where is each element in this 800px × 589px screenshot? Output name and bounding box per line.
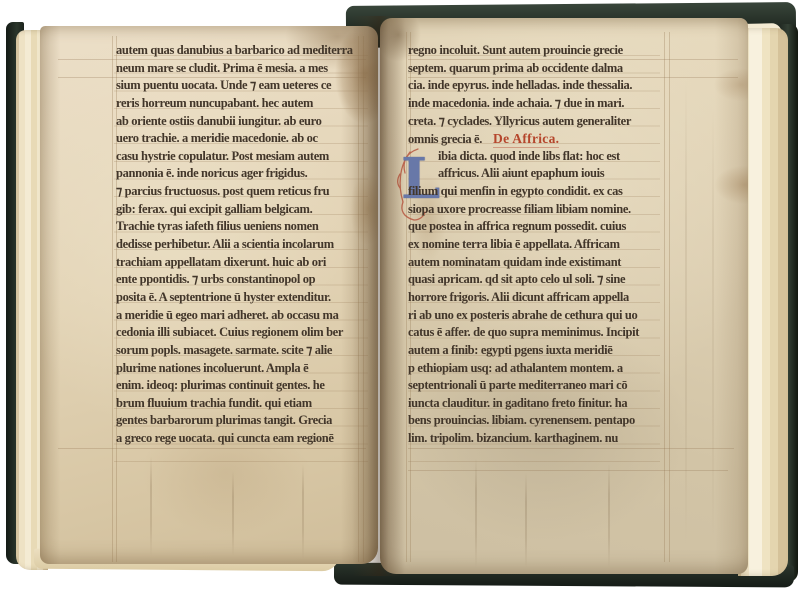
- manuscript-line: a meridie ū egeo mari adheret. ab occasu…: [116, 307, 366, 325]
- manuscript-line: reris horreum nuncupabant. hec autem: [116, 95, 366, 113]
- parchment-crease: [232, 471, 234, 556]
- manuscript-line: ⁊ parcius fructuosus. post quem reticus …: [116, 183, 366, 201]
- manuscript-line: affricus. Alii aiunt epaphum iouis: [408, 165, 664, 183]
- parchment-crease: [685, 78, 687, 548]
- manuscript-line: septem. quarum prima ab occidente dalma: [408, 60, 664, 78]
- parchment-crease: [475, 458, 477, 568]
- manuscript-line: autem quas danubius a barbarico ad medit…: [116, 42, 366, 60]
- parchment-crease: [302, 464, 304, 559]
- right-margin-rule: [664, 32, 665, 562]
- parchment-crease: [150, 456, 152, 556]
- manuscript-line: autem nominatam quidam inde existimant: [408, 254, 664, 272]
- manuscript-line: a greco rege uocata. qui cuncta eam regi…: [116, 430, 366, 448]
- manuscript-line-with-rubric: omnis grecia ē.De Affrica.: [408, 130, 664, 148]
- footer-rule: [408, 470, 728, 471]
- parchment-crease: [712, 108, 714, 548]
- rubric-de-affrica: De Affrica.: [493, 131, 559, 148]
- manuscript-line: regno incoluit. Sunt autem prouincie gre…: [408, 42, 664, 60]
- manuscript-line: quasi apricam. qd sit apto celo ul soli.…: [408, 271, 664, 289]
- footer-rule: [58, 448, 366, 449]
- manuscript-line: sorum popls. masagete. sarmate. scite ⁊ …: [116, 342, 366, 360]
- manuscript-line: bens prouincias. libiam. cyrenensem. pen…: [408, 412, 664, 430]
- manuscript-line: iuncta clauditur. in gaditano freto fini…: [408, 395, 664, 413]
- manuscript-line: brum fluuium trachia fundit. qui etiam: [116, 395, 366, 413]
- manuscript-line: sium puentu uocata. Unde ⁊ eam ueteres c…: [116, 77, 366, 95]
- left-page: autem quas danubius a barbarico ad medit…: [40, 26, 378, 564]
- manuscript-line: trachiam appellatam dixerunt. huic ab or…: [116, 254, 366, 272]
- left-margin-rule: [112, 36, 113, 562]
- manuscript-line: siopa uxore procreasse filiam libiam nom…: [408, 201, 664, 219]
- manuscript-line: casu hystrie copulatur. Post mesiam aute…: [116, 148, 366, 166]
- manuscript-line: ex nomine terra libia ē appellata. Affri…: [408, 236, 664, 254]
- manuscript-line: ibia dicta. quod inde libs flat: hoc est: [408, 148, 664, 166]
- text-block-left: autem quas danubius a barbarico ad medit…: [116, 42, 366, 448]
- manuscript-line: gentes barbarorum plurimas tangit. Greci…: [116, 412, 366, 430]
- manuscript-line: lim. tripolim. bizancium. karthaginem. n…: [408, 430, 664, 448]
- manuscript-line: uero trachie. a meridie macedonie. ab oc: [116, 130, 366, 148]
- manuscript-line: enim. ideoq: plurimas continuit gentes. …: [116, 377, 366, 395]
- left-margin-rule: [406, 32, 407, 562]
- manuscript-line: catus ē affer. de quo supra meminimus. I…: [408, 324, 664, 342]
- manuscript-line: plurime nationes incoluerunt. Ampla ē: [116, 360, 366, 378]
- manuscript-line: ente ppontidis. ⁊ urbs constantinopol op: [116, 271, 366, 289]
- manuscript-line: que postea in affrica regnum possedit. c…: [408, 218, 664, 236]
- manuscript-line: filium qui menfin in egypto condidit. ex…: [408, 183, 664, 201]
- manuscript-line: horrore frigoris. Alii dicunt affricam a…: [408, 289, 664, 307]
- manuscript-line: gib: ferax. qui excipit galliam belgicam…: [116, 201, 366, 219]
- manuscript-line: cia. inde epyrus. inde helladas. inde th…: [408, 77, 664, 95]
- parchment-crease: [525, 473, 527, 568]
- parchment-crease: [608, 463, 610, 568]
- manuscript-line: ri ab uno ex posteris abrahe de cethura …: [408, 307, 664, 325]
- manuscript-line: Trachie tyras iafeth filius ueniens nome…: [116, 218, 366, 236]
- manuscript-line: inde macedonia. inde achaia. ⁊ due in ma…: [408, 95, 664, 113]
- manuscript-line: p ethiopiam usq: ad athalantem montem. a: [408, 360, 664, 378]
- line-text: omnis grecia ē.: [408, 132, 482, 146]
- manuscript-line: autem a finib: egypti pgens iuxta meridi…: [408, 342, 664, 360]
- book-photo: 118 autem quas danubius a barbarico ad m…: [0, 0, 800, 589]
- manuscript-line: neum mare se cludit. Prima ē mesia. a me…: [116, 60, 366, 78]
- manuscript-line: creta. ⁊ cyclades. Yllyricus autem gener…: [408, 113, 664, 131]
- manuscript-line: ab oriente ostiis danubii iungitur. ab e…: [116, 113, 366, 131]
- manuscript-line: posita ē. A septentrione ū hyster extend…: [116, 289, 366, 307]
- right-page: L regno incoluit. Sunt autem prouincie g…: [380, 18, 748, 574]
- manuscript-line: pannonia ē. inde noricus ager frigidus.: [116, 165, 366, 183]
- text-block-right: regno incoluit. Sunt autem prouincie gre…: [408, 42, 664, 448]
- manuscript-line: septentrionali ū parte mediterraneo mari…: [408, 377, 664, 395]
- manuscript-line: cedonia illi subiacet. Cuius regionem ol…: [116, 324, 366, 342]
- manuscript-line: dedisse perhibetur. Alii a scientia inco…: [116, 236, 366, 254]
- right-margin-rule: [669, 32, 670, 562]
